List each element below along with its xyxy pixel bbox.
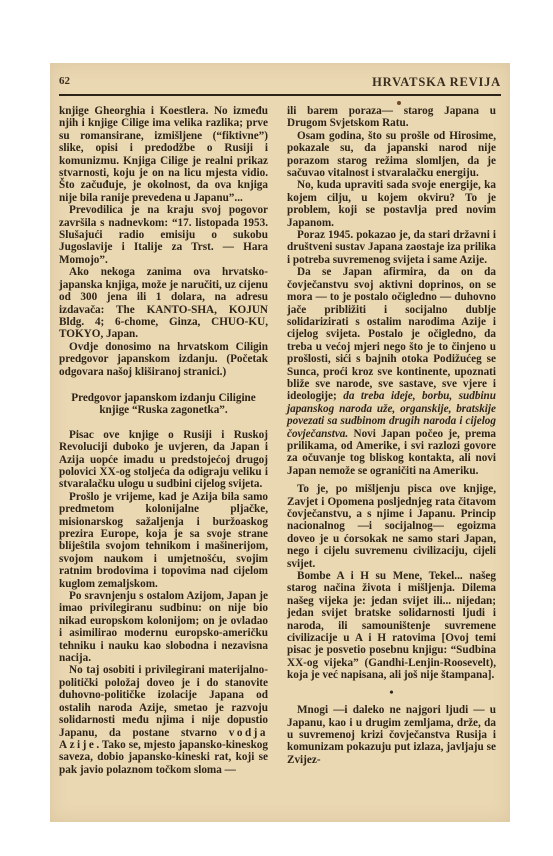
paragraph: Ako nekoga zanima ova hrvatsko-japanska … [59,266,268,340]
paragraph: knjige Gheorghia i Koestlera. No između … [59,105,268,204]
paragraph: Bombe A i H su Mene, Tekel... našeg star… [287,570,496,682]
paragraph: Ovdje donosimo na hrvatskom Ciligin pred… [59,341,268,378]
paragraph: No taj osobiti i privilegirani materijal… [59,664,268,776]
paragraph: Poraz 1945. pokazao je, da stari državni… [287,229,496,266]
text-run: Da se Japan afirmira, da on da čovječans… [287,266,496,402]
left-column: knjige Gheorghia i Koestlera. No između … [59,105,268,776]
section-separator: • [287,686,496,698]
paragraph: To je, po mišljenju pisca ove knjige, Za… [287,483,496,570]
journal-title: HRVATSKA REVIJA [372,75,501,90]
paragraph: Prevodilica je na kraju svoj pogovor zav… [59,204,268,266]
paragraph: Mnogi —i daleko ne najgori ljudi — u Jap… [287,704,496,766]
paragraph: Osam godina, što su prošle od Hirosime, … [287,130,496,180]
page-header: 62 HRVATSKA REVIJA [59,73,501,91]
paragraph: ili barem poraza— starog Japana u Drugom… [287,105,496,130]
paragraph: Pisac ove knjige o Rusiji i Ruskoj Revol… [59,429,268,491]
right-column: ili barem poraza— starog Japana u Drugom… [287,105,496,766]
page-number: 62 [59,75,70,87]
section-subheading: Predgovor japanskom izdanju Ciligine knj… [59,392,268,417]
paragraph: Po sravnjenju s ostalom Azijom, Japan je… [59,590,268,664]
paragraph: Prošlo je vrijeme, kad je Azija bila sam… [59,491,268,590]
header-rule [59,94,501,96]
paragraph: Da se Japan afirmira, da on da čovječans… [287,266,496,477]
magazine-page: 62 HRVATSKA REVIJA knjige Gheorghia i Ko… [50,63,510,822]
paragraph: No, kuda upraviti sada svoje energije, k… [287,179,496,229]
